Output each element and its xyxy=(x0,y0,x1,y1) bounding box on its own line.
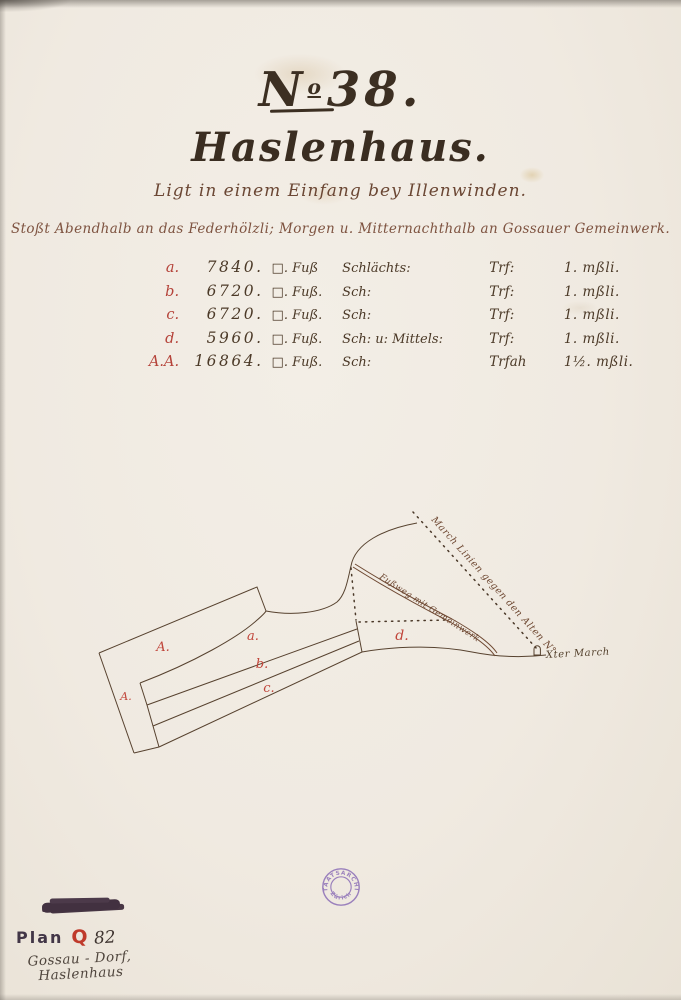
scanned-sheet: No38. Haslenhaus. Ligt in einem Einfang … xyxy=(0,0,681,1000)
march-line-annotation: March Linien gegen den Alten N° xyxy=(428,514,558,657)
parcel-label-a: a. xyxy=(247,629,259,644)
plan-stamp-letter: Q xyxy=(71,926,87,948)
plan-strips-left-ends xyxy=(140,683,159,747)
footpath-annotation: Fußweg mit Gemeinwerk xyxy=(377,572,482,645)
plan-left-edge xyxy=(99,653,134,753)
scan-shadow-bottom xyxy=(0,994,681,1000)
divider-b-c xyxy=(153,641,359,726)
plan-bottom-curve xyxy=(159,647,546,747)
strips-right-end xyxy=(356,621,362,652)
dotted-line-horizontal xyxy=(359,620,447,622)
archive-note: Gossau - Dorf, Haslenhaus xyxy=(27,949,132,984)
dotted-march-line xyxy=(413,512,537,649)
parcel-label-d: d. xyxy=(395,628,408,644)
scan-shadow-left xyxy=(0,0,6,1000)
stamp-text-top: STAATSARCHIV xyxy=(314,860,359,892)
march-stone-label: Xter March xyxy=(545,647,611,661)
parcel-label-c: c. xyxy=(263,681,274,696)
dotted-line-vertical xyxy=(351,568,356,620)
archive-stamp: STAATSARCHIV • Zürich • xyxy=(314,860,368,914)
parcel-label-A-left: A. xyxy=(119,690,131,703)
march-stone-icon xyxy=(534,646,540,655)
plan-top-boundary-to-apex xyxy=(266,523,417,613)
parcel-label-A-upper: A. xyxy=(155,640,170,655)
svg-text:STAATSARCHIV: STAATSARCHIV xyxy=(314,860,359,892)
plan-stamp-word: Plan xyxy=(16,928,63,947)
plan-handwritten-number: 82 xyxy=(93,927,116,948)
scan-shadow-top xyxy=(0,0,681,8)
parcel-label-b: b. xyxy=(256,657,268,672)
cadastral-plan-drawing: A. a. b. c. A. d. March Linien gegen den… xyxy=(0,0,681,1000)
plan-reference: Plan Q 82 xyxy=(16,926,115,948)
plan-bottom-left-edge xyxy=(134,747,159,753)
plan-outer-top-edge xyxy=(99,587,266,653)
scan-shadow-corner xyxy=(0,0,70,12)
